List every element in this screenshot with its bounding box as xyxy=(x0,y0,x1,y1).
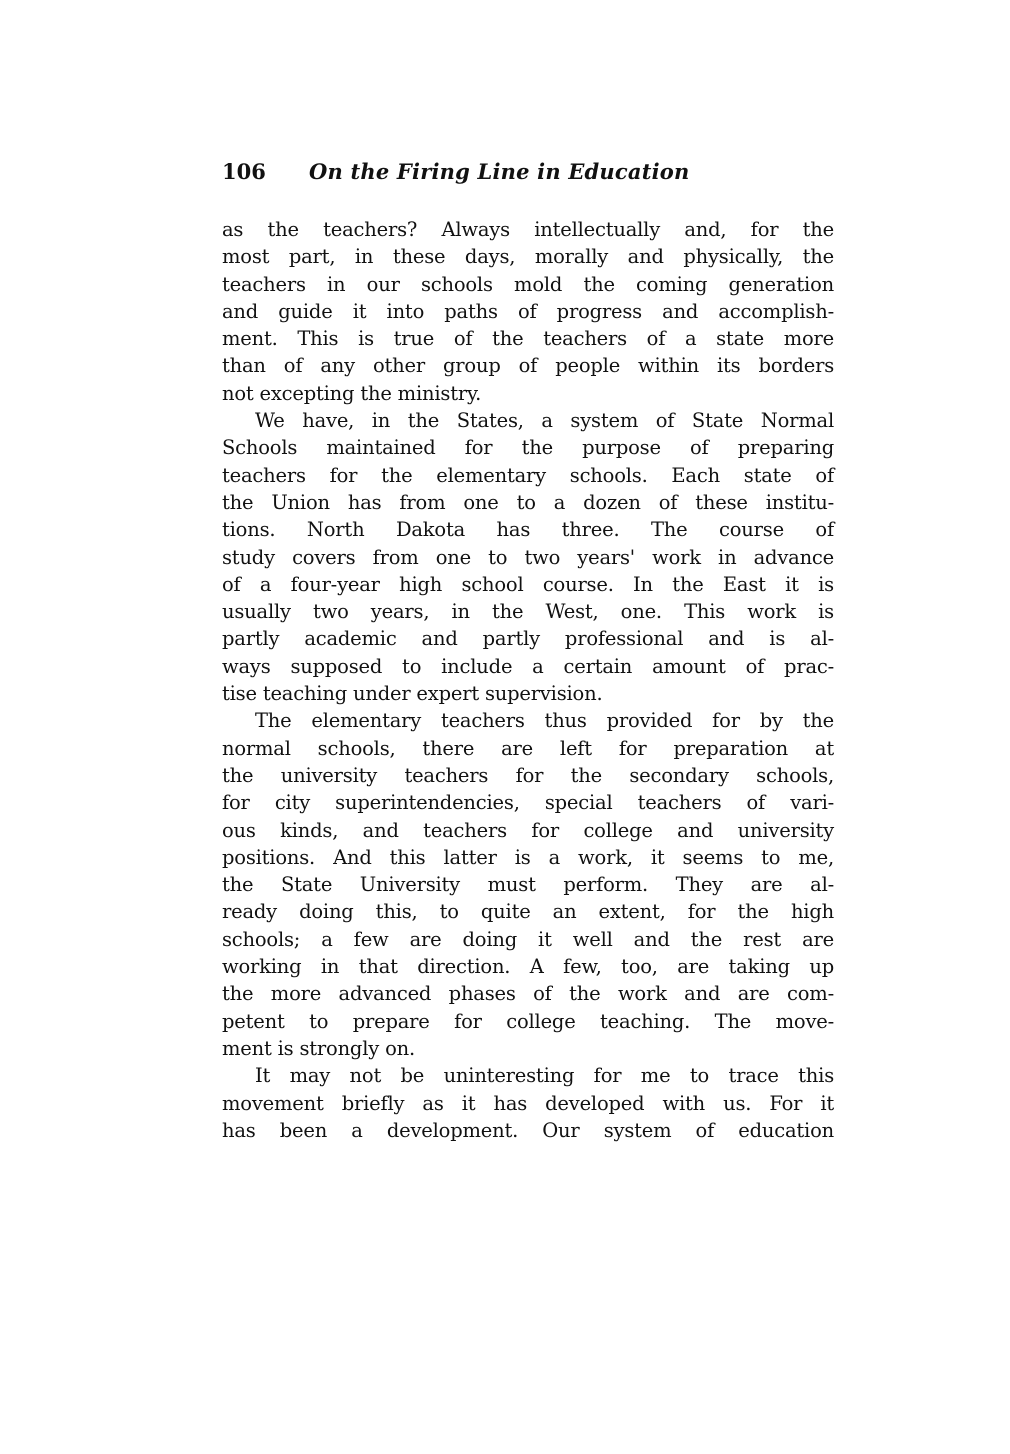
text-line: most part, in these days, morally and ph… xyxy=(222,243,834,270)
running-header: 106 On the Firing Line in Education xyxy=(222,157,832,187)
text-line: positions. And this latter is a work, it… xyxy=(222,844,834,871)
page-number: 106 xyxy=(222,157,266,187)
text-line: petent to prepare for college teaching. … xyxy=(222,1008,834,1035)
text-line: the more advanced phases of the work and… xyxy=(222,980,834,1007)
body-text: as the teachers? Always intellectually a… xyxy=(222,216,834,1144)
text-line: ment is strongly on. xyxy=(222,1035,834,1062)
text-line: We have, in the States, a system of Stat… xyxy=(222,407,834,434)
text-line: working in that direction. A few, too, a… xyxy=(222,953,834,980)
text-line: teachers for the elementary schools. Eac… xyxy=(222,462,834,489)
text-line: ous kinds, and teachers for college and … xyxy=(222,817,834,844)
text-line: of a four-year high school course. In th… xyxy=(222,571,834,598)
text-line: usually two years, in the West, one. Thi… xyxy=(222,598,834,625)
text-line: the State University must perform. They … xyxy=(222,871,834,898)
text-line: the university teachers for the secondar… xyxy=(222,762,834,789)
text-line: as the teachers? Always intellectually a… xyxy=(222,216,834,243)
text-line: It may not be uninteresting for me to tr… xyxy=(222,1062,834,1089)
text-line: for city superintendencies, special teac… xyxy=(222,789,834,816)
text-line: partly academic and partly professional … xyxy=(222,625,834,652)
text-line: tions. North Dakota has three. The cours… xyxy=(222,516,834,543)
paragraph: as the teachers? Always intellectually a… xyxy=(222,216,834,407)
text-line: and guide it into paths of progress and … xyxy=(222,298,834,325)
text-line: than of any other group of people within… xyxy=(222,352,834,379)
paragraph: We have, in the States, a system of Stat… xyxy=(222,407,834,707)
text-line: The elementary teachers thus provided fo… xyxy=(222,707,834,734)
text-line: ways supposed to include a certain amoun… xyxy=(222,653,834,680)
book-page: 106 On the Firing Line in Education as t… xyxy=(0,0,1010,1454)
text-line: the Union has from one to a dozen of the… xyxy=(222,489,834,516)
text-line: ready doing this, to quite an extent, fo… xyxy=(222,898,834,925)
text-line: not excepting the ministry. xyxy=(222,380,834,407)
text-line: tise teaching under expert supervision. xyxy=(222,680,834,707)
text-line: schools; a few are doing it well and the… xyxy=(222,926,834,953)
text-line: ment. This is true of the teachers of a … xyxy=(222,325,834,352)
text-line: normal schools, there are left for prepa… xyxy=(222,735,834,762)
text-line: study covers from one to two years' work… xyxy=(222,544,834,571)
paragraph: It may not be uninteresting for me to tr… xyxy=(222,1062,834,1144)
text-line: teachers in our schools mold the coming … xyxy=(222,271,834,298)
running-title: On the Firing Line in Education xyxy=(309,157,689,187)
text-line: has been a development. Our system of ed… xyxy=(222,1117,834,1144)
paragraph: The elementary teachers thus provided fo… xyxy=(222,707,834,1062)
text-line: movement briefly as it has developed wit… xyxy=(222,1090,834,1117)
text-line: Schools maintained for the purpose of pr… xyxy=(222,434,834,461)
